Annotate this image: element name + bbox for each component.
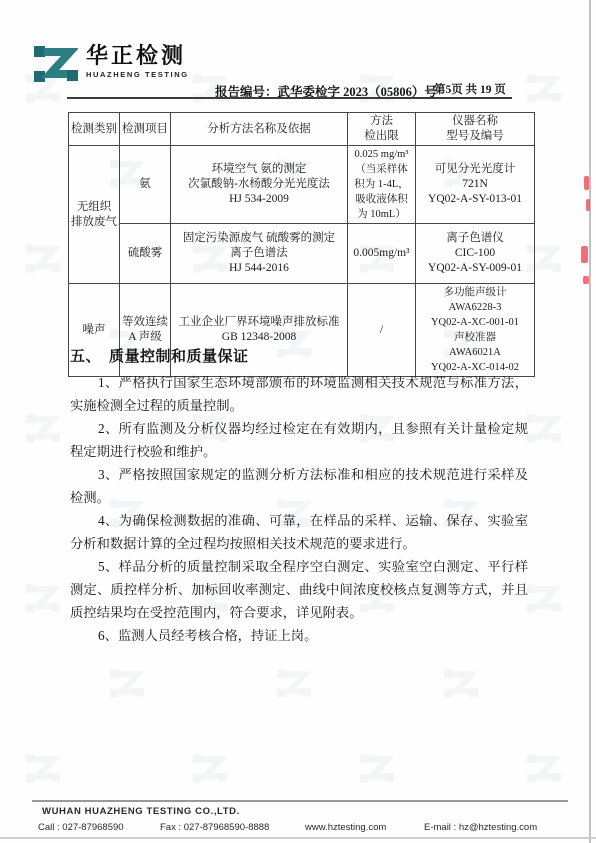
document-page: 华正检测 HUAZHENG TESTING 报告编号：武华委检字 2023（05… — [0, 0, 596, 843]
huazheng-logo-icon — [110, 668, 144, 699]
red-edge-mark — [584, 176, 589, 190]
logo-text: 华正检测 HUAZHENG TESTING — [86, 44, 189, 79]
header-divider — [67, 97, 512, 99]
cell-instrument: 多功能声级计 AWA6228-3 YQ02-A-XC-001-01 声校准器 A… — [416, 284, 535, 377]
company-logo: 华正检测 HUAZHENG TESTING — [34, 44, 189, 84]
watermark-logo — [110, 668, 144, 704]
watermark-logo — [26, 753, 60, 789]
cell-item: 硫酸雾 — [120, 224, 171, 284]
table-row: 无组织 排放废气 氨 环境空气 氨的测定 次氯酸钠-水杨酸分光光度法 HJ 53… — [69, 146, 535, 224]
watermark-logo — [527, 413, 561, 449]
page-indicator: 第5页 共 19 页 — [434, 81, 506, 97]
huazheng-logo-icon — [34, 44, 78, 84]
red-edge-mark — [586, 199, 590, 211]
paragraph-1: 1、严格执行国家生态环境部颁布的环境监测相关技术规范与标准方法，实施检测全过程的… — [70, 371, 528, 417]
paragraph-3: 3、严格按照国家规定的监测分析方法标准和相应的技术规范进行采样及检测。 — [70, 463, 528, 509]
cell-limit: 0.005mg/m³ — [348, 224, 416, 284]
red-edge-mark — [581, 246, 588, 263]
cell-limit: 0.025 mg/m³ （当采样体 积为 1-4L， 吸收液体积 为 10mL） — [348, 146, 416, 224]
watermark-logo — [360, 753, 394, 789]
huazheng-logo-icon — [26, 753, 60, 784]
cell-method: 固定污染源废气 硫酸雾的测定 离子色谱法 HJ 544-2016 — [171, 224, 348, 284]
huazheng-logo-icon — [444, 668, 478, 699]
footer-company-name: WUHAN HUAZHENG TESTING CO.,LTD. — [42, 806, 240, 817]
paragraph-2: 2、所有监测及分析仪器均经过检定在有效期内，且参照有关计量检定规程定期进行校验和… — [70, 417, 528, 463]
footer-email: E-mail : hz@hztesting.com — [424, 822, 537, 833]
huazheng-logo-icon — [527, 413, 561, 444]
footer-website: www.hztesting.com — [305, 822, 386, 833]
huazheng-logo-icon — [26, 583, 60, 614]
footer-fax: Fax : 027-87968590-8888 — [160, 822, 269, 833]
watermark-logo — [444, 668, 478, 704]
cell-method: 环境空气 氨的测定 次氯酸钠-水杨酸分光光度法 HJ 534-2009 — [171, 146, 348, 224]
huazheng-logo-icon — [277, 668, 311, 699]
paragraph-6: 6、监测人员经考核合格，持证上岗。 — [70, 624, 528, 647]
huazheng-logo-icon — [527, 583, 561, 614]
logo-english-name: HUAZHENG TESTING — [86, 70, 189, 79]
huazheng-logo-icon — [527, 73, 561, 104]
col-header-instrument: 仪器名称 型号及编号 — [416, 113, 535, 146]
watermark-logo — [527, 73, 561, 109]
huazheng-logo-icon — [26, 243, 60, 274]
cell-item: 氨 — [120, 146, 171, 224]
section-title: 五、 质量控制和质量保证 — [70, 345, 249, 366]
logo-chinese-name: 华正检测 — [86, 44, 189, 68]
watermark-logo — [26, 413, 60, 449]
red-edge-mark — [583, 276, 589, 284]
cell-limit: / — [348, 284, 416, 377]
col-header-category: 检测类别 — [69, 113, 120, 146]
huazheng-logo-icon — [360, 753, 394, 784]
cell-category-gas: 无组织 排放废气 — [69, 146, 120, 284]
col-header-limit: 方法 检出限 — [348, 113, 416, 146]
scan-edge-bottom — [0, 837, 596, 839]
watermark-logo — [26, 243, 60, 279]
watermark-logo — [527, 753, 561, 789]
huazheng-logo-icon — [193, 753, 227, 784]
watermark-logo — [26, 583, 60, 619]
footer-phone: Call : 027-87968590 — [38, 822, 124, 833]
cell-instrument: 可见分光光度计 721N YQ02-A-SY-013-01 — [416, 146, 535, 224]
watermark-logo — [527, 583, 561, 619]
paragraph-4: 4、为确保检测数据的准确、可靠，在样品的采样、运输、保存、实验室分析和数据计算的… — [70, 509, 528, 555]
paragraph-5: 5、样品分析的质量控制采取全程序空白测定、实验室空白测定、平行样测定、质控样分析… — [70, 555, 528, 624]
watermark-logo — [277, 668, 311, 704]
table-header-row: 检测类别 检测项目 分析方法名称及依据 方法 检出限 仪器名称 型号及编号 — [69, 113, 535, 146]
col-header-method: 分析方法名称及依据 — [171, 113, 348, 146]
scan-edge-right — [589, 0, 591, 843]
section-body: 1、严格执行国家生态环境部颁布的环境监测相关技术规范与标准方法，实施检测全过程的… — [70, 371, 528, 647]
method-table: 检测类别 检测项目 分析方法名称及依据 方法 检出限 仪器名称 型号及编号 无组… — [68, 112, 535, 377]
col-header-item: 检测项目 — [120, 113, 171, 146]
cell-instrument: 离子色谱仪 CIC-100 YQ02-A-SY-009-01 — [416, 224, 535, 284]
table-row: 硫酸雾 固定污染源废气 硫酸雾的测定 离子色谱法 HJ 544-2016 0.0… — [69, 224, 535, 284]
watermark-logo — [193, 753, 227, 789]
huazheng-logo-icon — [26, 413, 60, 444]
huazheng-logo-icon — [527, 753, 561, 784]
footer-divider — [32, 800, 568, 802]
